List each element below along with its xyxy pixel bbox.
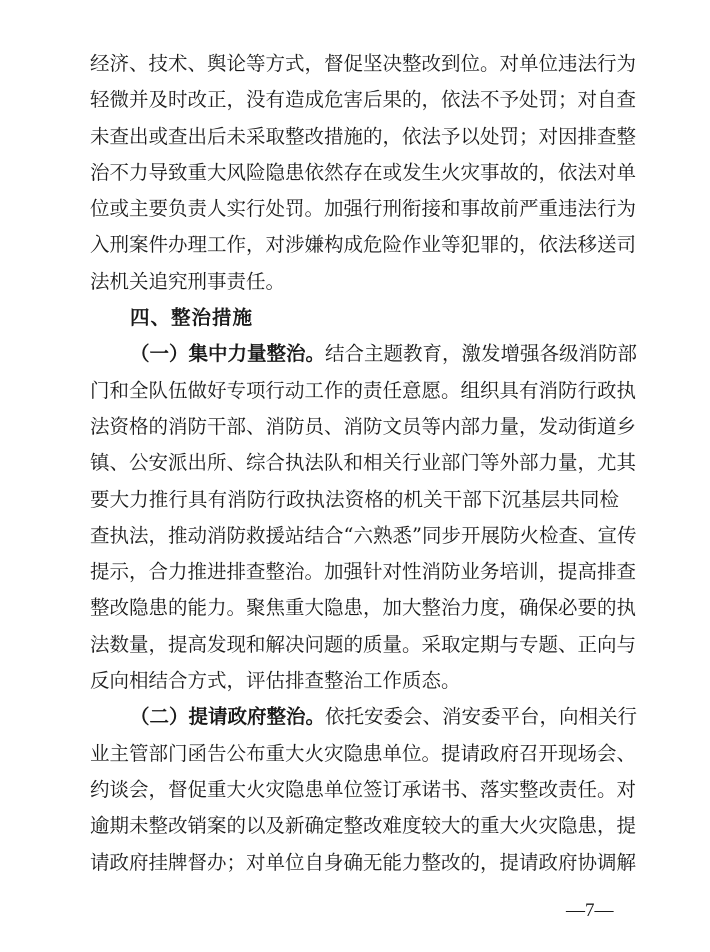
text-line: 要大力推行具有消防行政执法资格的机关干部下沉基层共同检 [90,482,619,518]
text-line: 法数量，提高发现和解决问题的质量。采取定期与专题、正向与 [90,627,619,663]
text-line: 经济、技术、舆论等方式，督促坚决整改到位。对单位违法行为 [90,46,619,82]
text-line: 约谈会，督促重大火灾隐患单位签订承诺书、落实整改责任。对 [90,772,619,808]
text-line: 入刑案件办理工作，对涉嫌构成危险作业等犯罪的，依法移送司 [90,227,619,263]
text-line: 提示，合力推进排查整治。加强针对性消防业务培训，提高排查 [90,554,619,590]
text-line: 整改隐患的能力。聚焦重大隐患，加大整治力度，确保必要的执 [90,590,619,626]
text-line: 反向相结合方式，评估排查整治工作质态。 [90,663,619,699]
subsection-1-first-line: （一）集中力量整治。结合主题教育，激发增强各级消防部 [90,336,619,372]
text-line: 法机关追究刑事责任。 [90,264,619,300]
text-line: 业主管部门函告公布重大火灾隐患单位。提请政府召开现场会、 [90,736,619,772]
subsection-1-first-text: 结合主题教育，激发增强各级消防部 [325,342,637,365]
text-line: 未查出或查出后未采取整改措施的，依法予以处罚；对因排查整 [90,119,619,155]
page-number: —7— [566,900,614,922]
subsection-2-first-text: 依托安委会、消安委平台，向相关行 [325,705,637,728]
subsection-2-first-line: （二）提请政府整治。依托安委会、消安委平台，向相关行 [90,699,619,735]
subsection-1-title: （一）集中力量整治。 [130,342,325,365]
text-line: 位或主要负责人实行处罚。加强行刑衔接和事故前严重违法行为 [90,191,619,227]
text-line: 门和全队伍做好专项行动工作的责任意愿。组织具有消防行政执 [90,373,619,409]
document-page: 经济、技术、舆论等方式，督促坚决整改到位。对单位违法行为 轻微并及时改正，没有造… [0,0,710,952]
text-line: 查执法，推动消防救援站结合“六熟悉”同步开展防火检查、宣传 [90,518,619,554]
subsection-2-title: （二）提请政府整治。 [130,705,325,728]
text-line: 治不力导致重大风险隐患依然存在或发生火灾事故的，依法对单 [90,155,619,191]
text-line: 轻微并及时改正，没有造成危害后果的，依法不予处罚；对自查 [90,82,619,118]
body-text: 经济、技术、舆论等方式，督促坚决整改到位。对单位违法行为 轻微并及时改正，没有造… [90,46,619,881]
text-line: 请政府挂牌督办；对单位自身确无能力整改的，提请政府协调解 [90,845,619,881]
text-line: 镇、公安派出所、综合执法队和相关行业部门等外部力量，尤其 [90,445,619,481]
section-heading: 四、整治措施 [90,300,619,336]
text-line: 逾期未整改销案的以及新确定整改难度较大的重大火灾隐患，提 [90,808,619,844]
text-line: 法资格的消防干部、消防员、消防文员等内部力量，发动街道乡 [90,409,619,445]
